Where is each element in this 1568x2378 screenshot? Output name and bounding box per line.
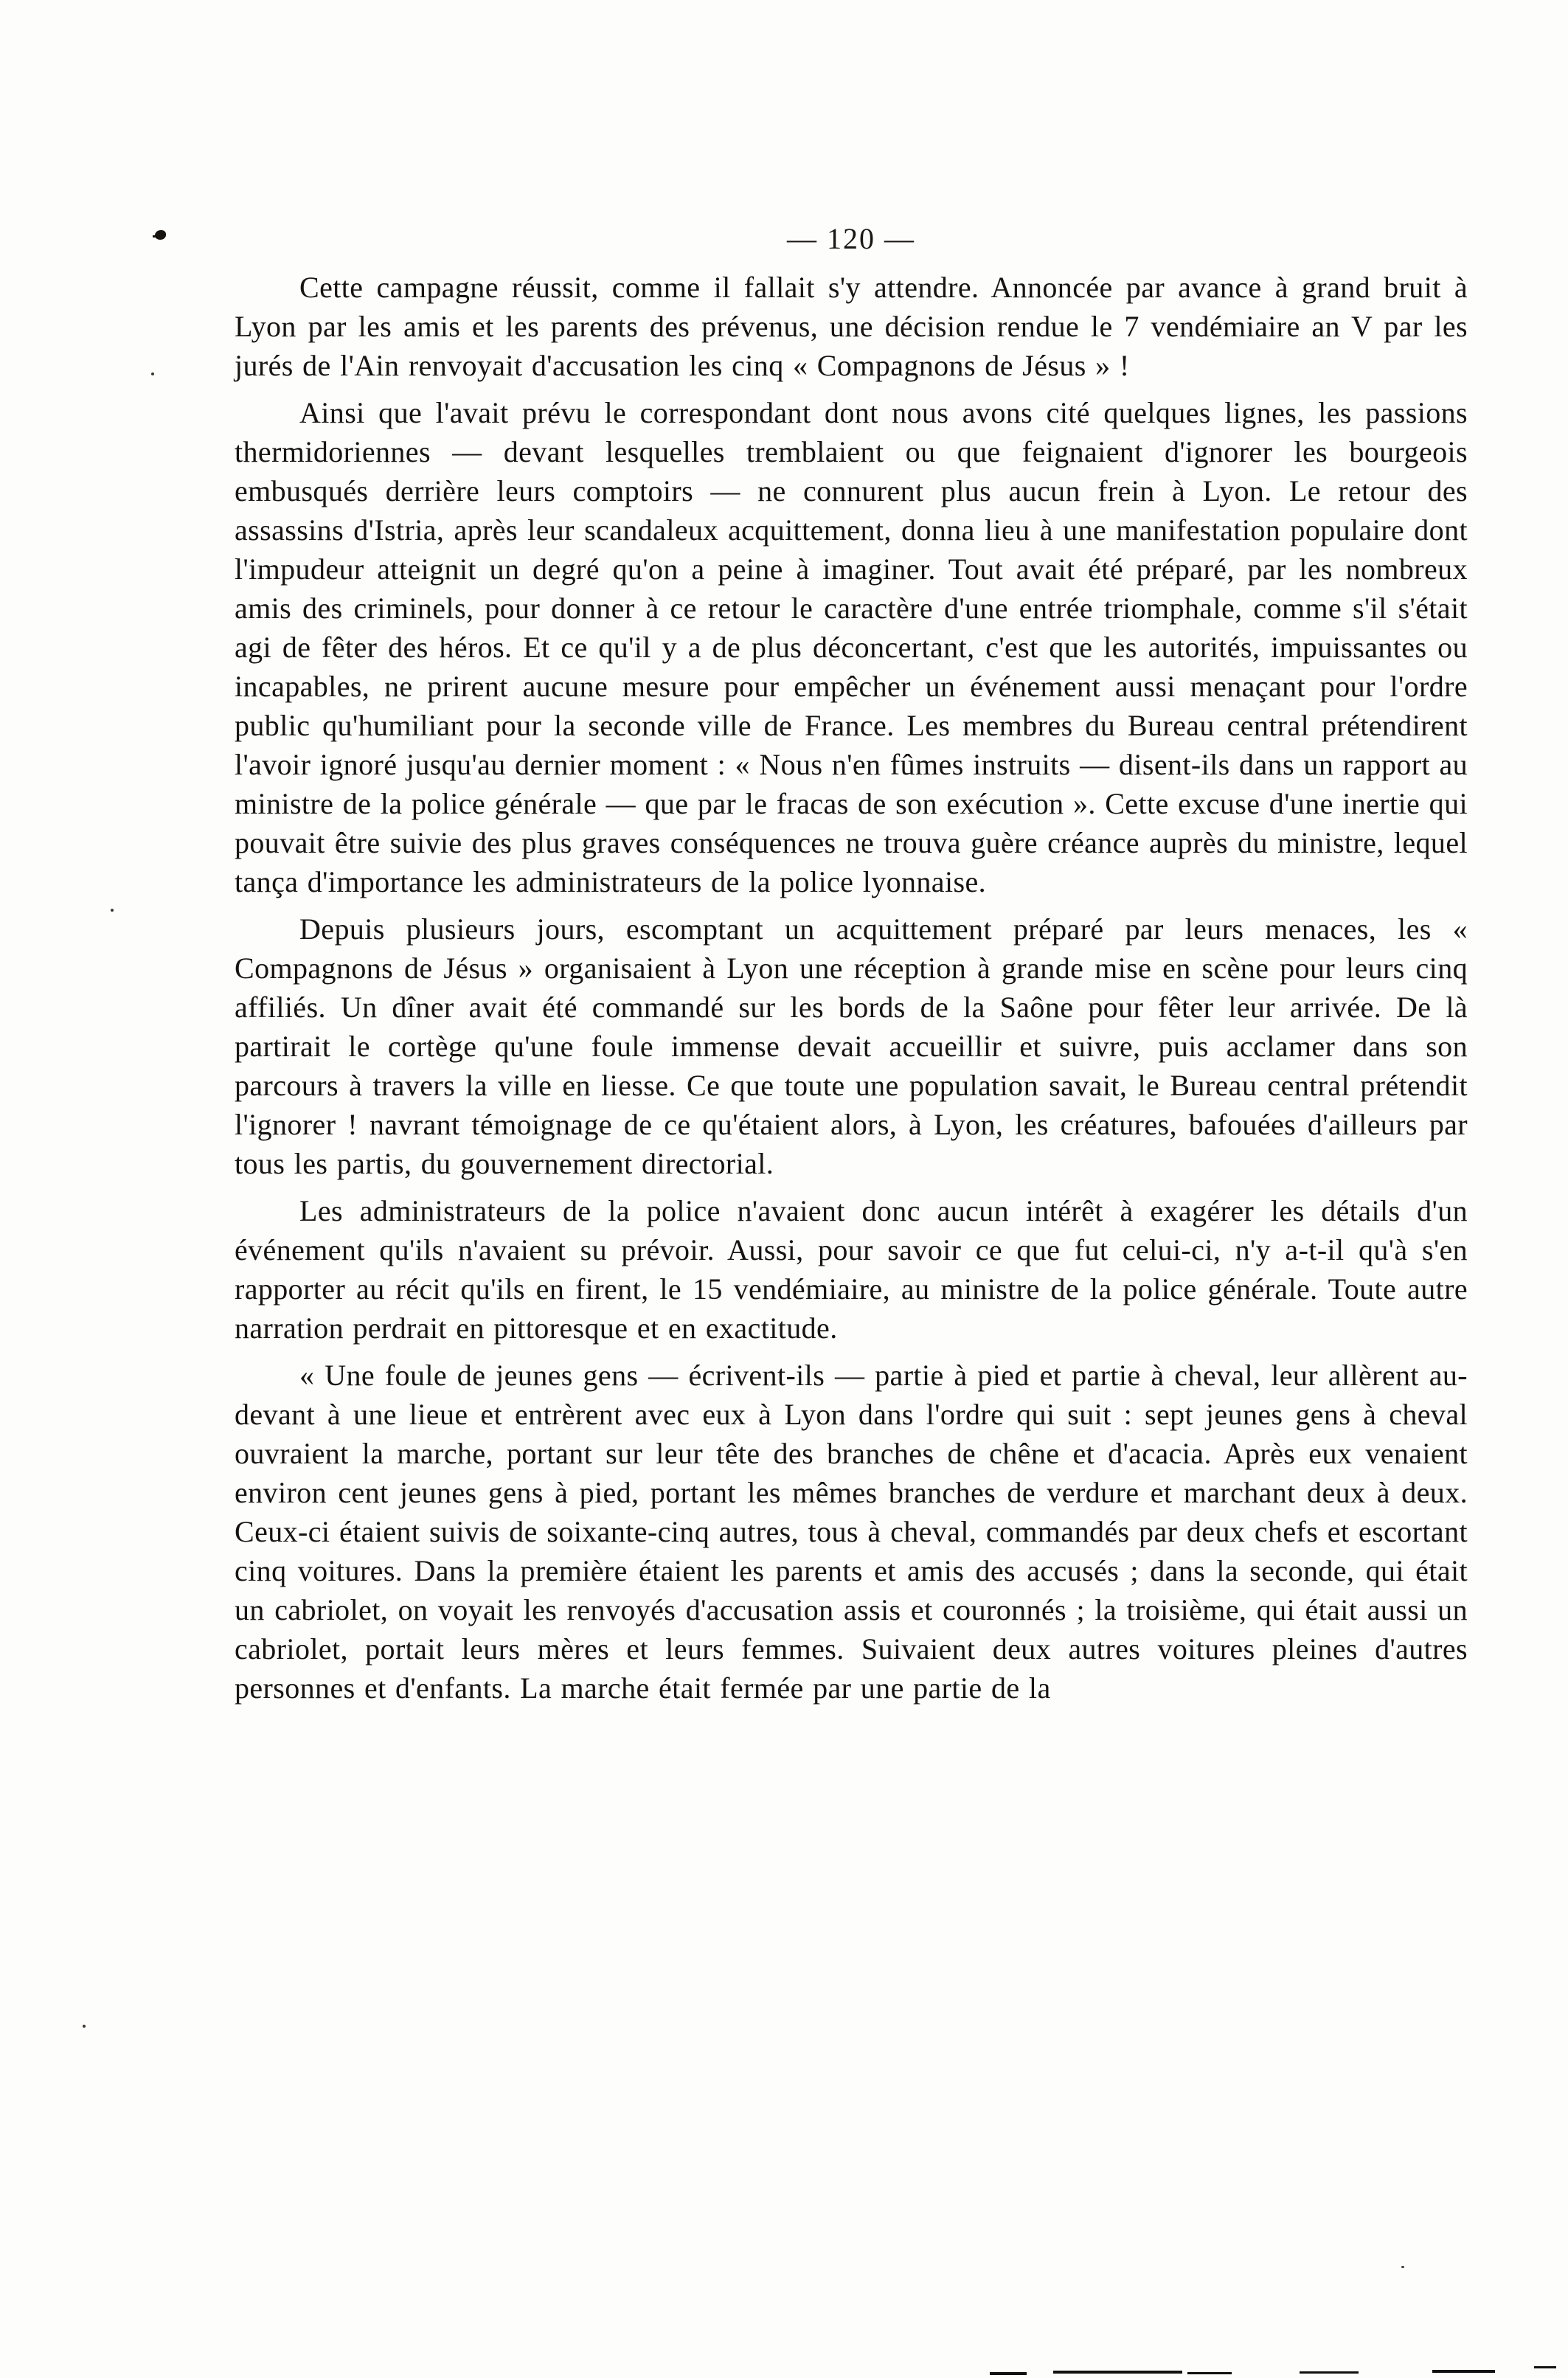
scan-artifact-dash [1053,2371,1182,2374]
scan-speck-artifact [151,372,154,375]
ink-blot-artifact [155,230,166,240]
scan-artifact-dash [1187,2372,1232,2374]
scan-speck-artifact [111,909,114,912]
scan-speck-artifact [83,2025,86,2028]
page-number: — 120 — [235,221,1468,256]
paragraph: « Une foule de jeunes gens — écrivent-il… [235,1356,1468,1708]
scan-artifact-dash [1534,2366,1556,2368]
scan-artifact-dash [990,2372,1027,2375]
paragraph: Depuis plusieurs jours, escomptant un ac… [235,909,1468,1183]
paragraph: Cette campagne réussit, comme il fallait… [235,268,1468,385]
paragraph: Ainsi que l'avait prévu le correspondant… [235,393,1468,901]
scan-artifact-dash [1432,2370,1495,2373]
scanned-book-page: — 120 — Cette campagne réussit, comme il… [0,0,1568,2378]
scan-artifact-dash [1300,2371,1359,2374]
paragraph: Les administrateurs de la police n'avaie… [235,1191,1468,1348]
page-text-block: Cette campagne réussit, comme il fallait… [235,268,1468,1716]
scan-speck-artifact [1401,2266,1404,2268]
